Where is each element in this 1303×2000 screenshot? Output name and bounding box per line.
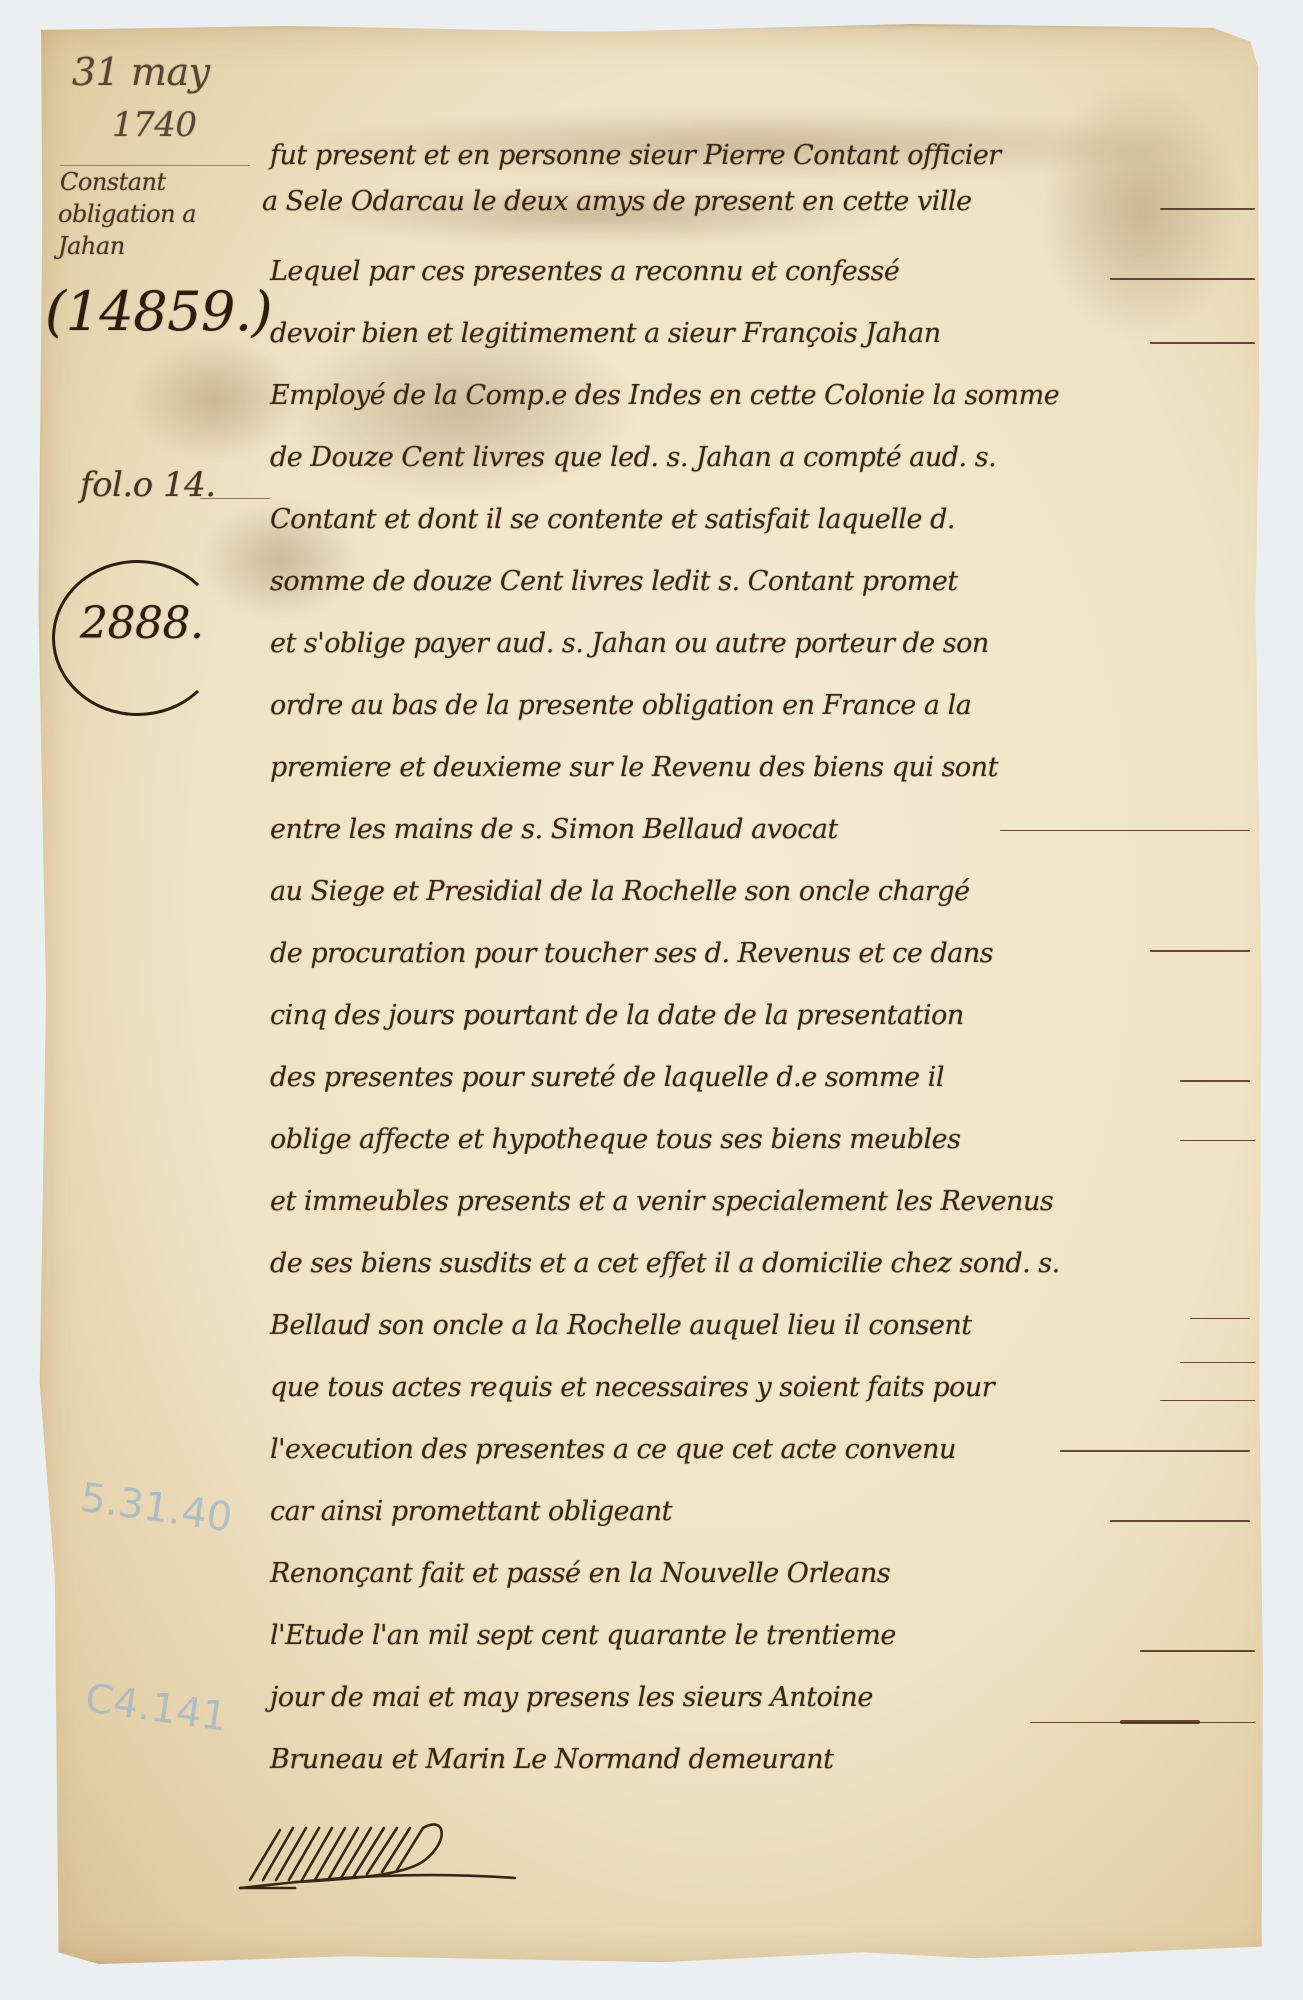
- margin-flourish: [60, 165, 250, 166]
- line-filler-dash: [1000, 830, 1250, 831]
- line-filler-dash: [1180, 1140, 1255, 1141]
- body-line-13: au Siege et Presidial de la Rochelle son…: [270, 876, 970, 907]
- body-line-22: l'execution des presentes a ce que cet a…: [270, 1434, 956, 1465]
- body-line-18: et immeubles presents et a venir special…: [270, 1186, 1053, 1217]
- body-line-25: l'Etude l'an mil sept cent quarante le t…: [270, 1620, 896, 1651]
- line-filler-dash: [1140, 1650, 1255, 1652]
- body-line-17: oblige affecte et hypotheque tous ses bi…: [270, 1124, 960, 1155]
- body-line-11: premiere et deuxieme sur le Revenu des b…: [270, 752, 998, 783]
- margin-circled-number: 2888.: [80, 598, 203, 649]
- body-line-5: Employé de la Comp.e des Indes en cette …: [270, 380, 1059, 411]
- line-filler-dash: [1150, 342, 1255, 344]
- line-filler-dash: [1190, 1318, 1250, 1319]
- margin-date-day-month: 31 may: [72, 50, 210, 94]
- margin-summary-line-2: obligation a: [58, 200, 196, 228]
- line-filler-dash: [1180, 1362, 1255, 1363]
- margin-summary-line-3: Jahan: [58, 232, 125, 260]
- body-line-10: ordre au bas de la presente obligation e…: [270, 690, 971, 721]
- body-line-14: de procuration pour toucher ses d. Reven…: [270, 938, 993, 969]
- body-line-20: Bellaud son oncle a la Rochelle auquel l…: [270, 1310, 972, 1341]
- line-filler-dash: [1150, 950, 1250, 952]
- line-filler-dash: [1060, 1450, 1250, 1452]
- body-line-27: Bruneau et Marin Le Normand demeurant: [270, 1744, 833, 1775]
- line-filler-dash: [1180, 1080, 1250, 1082]
- body-line-6: de Douze Cent livres que led. s. Jahan a…: [270, 442, 996, 473]
- line-filler-dash: [1160, 1400, 1255, 1401]
- margin-date-year: 1740: [112, 105, 197, 145]
- margin-folio-dashes: [200, 498, 270, 499]
- notary-signature-icon: [235, 1800, 525, 1895]
- body-line-15: cinq des jours pourtant de la date de la…: [270, 1000, 964, 1031]
- body-line-8: somme de douze Cent livres ledit s. Cont…: [270, 566, 958, 597]
- body-line-23: car ainsi promettant obligeant: [270, 1496, 672, 1527]
- body-line-26: jour de mai et may presens les sieurs An…: [270, 1682, 873, 1713]
- body-line-16: des presentes pour sureté de laquelle d.…: [270, 1062, 944, 1093]
- margin-folio-reference: fol.o 14.: [80, 465, 216, 505]
- line-filler-dash: [1120, 1720, 1200, 1724]
- body-line-12: entre les mains de s. Simon Bellaud avoc…: [270, 814, 838, 845]
- line-filler-dash: [1110, 278, 1255, 280]
- body-line-19: de ses biens susdits et a cet effet il a…: [270, 1248, 1060, 1279]
- body-line-24: Renonçant fait et passé en la Nouvelle O…: [270, 1558, 890, 1589]
- margin-summary-line-1: Constant: [60, 168, 166, 196]
- body-line-3: Lequel par ces presentes a reconnu et co…: [270, 256, 899, 287]
- ink-bleed-stain: [1040, 80, 1240, 340]
- body-line-2: a Sele Odarcau le deux amys de present e…: [262, 186, 972, 217]
- line-filler-dash: [1110, 1520, 1250, 1522]
- body-line-21: que tous actes requis et necessaires y s…: [270, 1372, 994, 1403]
- margin-register-number: (14859.): [45, 280, 272, 343]
- body-line-9: et s'oblige payer aud. s. Jahan ou autre…: [270, 628, 989, 659]
- body-line-4: devoir bien et legitimement a sieur Fran…: [270, 318, 941, 349]
- body-line-1: fut present et en personne sieur Pierre …: [270, 140, 1001, 171]
- body-line-7: Contant et dont il se contente et satisf…: [270, 504, 955, 535]
- line-filler-dash: [1160, 208, 1255, 210]
